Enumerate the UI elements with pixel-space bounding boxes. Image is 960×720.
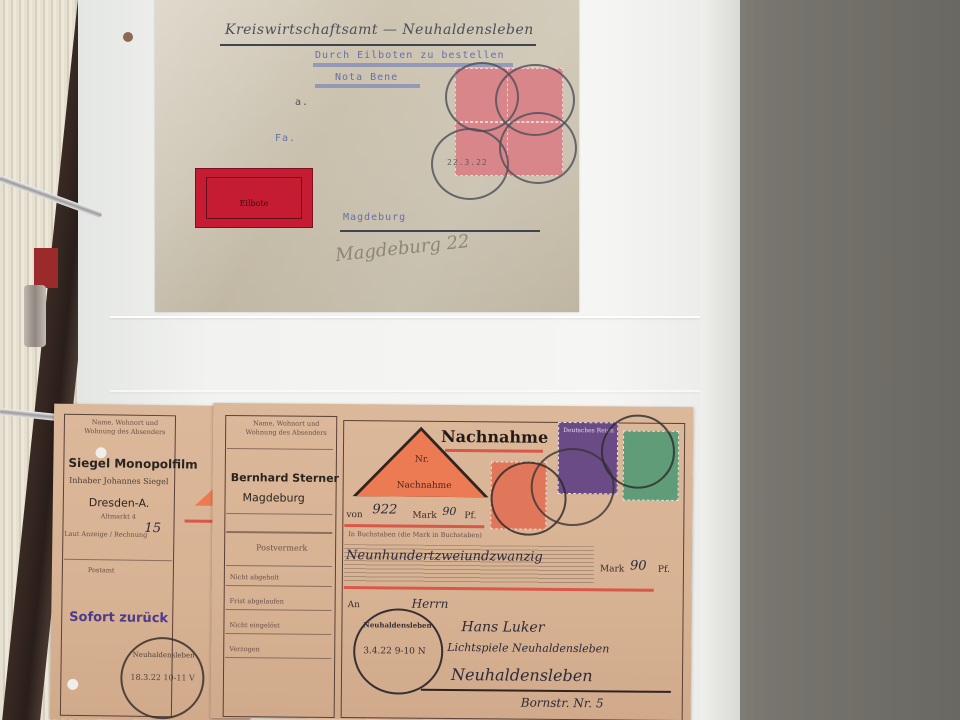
- amount-words-label: In Buchstaben (die Mark in Buchstaben): [348, 530, 482, 539]
- amount-mark-label: Mark: [600, 564, 624, 574]
- registration-label: Eilbote: [195, 168, 313, 228]
- side-field-label: Nicht eingelöst: [229, 621, 279, 629]
- pf-value: 90: [442, 505, 456, 518]
- sleeve-divider: [110, 390, 700, 392]
- sender-city: Dresden-A.: [89, 496, 150, 510]
- recipient-street: Bornstr. Nr. 5: [521, 696, 604, 711]
- sender-name: Bernhard Sterner: [231, 471, 339, 485]
- postmark: [601, 414, 676, 489]
- binder-red-tab: [34, 248, 58, 288]
- sender-name: Siegel Monopolfilm: [68, 456, 198, 472]
- postal-note: Postamt: [88, 566, 115, 574]
- addressee-prefix: Fa.: [275, 133, 296, 144]
- mark-label: Mark: [412, 511, 436, 521]
- postmark: [499, 112, 577, 184]
- sender-street: Altmarkt 4: [101, 512, 136, 520]
- von-value: 922: [372, 502, 397, 517]
- amount-words: Neunhundertzweiundzwanzig: [346, 548, 543, 565]
- page-edge: [700, 0, 740, 720]
- sender-city: Magdeburg: [243, 491, 305, 505]
- postmark: Neuhaldensleben 18.3.22 10-11 V: [120, 637, 205, 720]
- label-text: Eilbote: [196, 199, 312, 208]
- typed-line-1: Durch Eilboten zu bestellen: [315, 50, 505, 61]
- envelope-sender: Kreiswirtschaftsamt — Neuhaldensleben: [225, 22, 534, 38]
- ref-value: 15: [144, 521, 161, 536]
- recipient-title: Herrn: [412, 597, 449, 611]
- addressee-prefix-small: a.: [295, 97, 309, 108]
- binder-clip: [24, 285, 46, 347]
- side-field-label: Postvermerk: [256, 543, 307, 552]
- typed-underline: [315, 84, 420, 88]
- parcel-card-nachnahme: Name, Wohnort und Wohnung des Absenders …: [211, 403, 694, 720]
- nachnahme-title: Nachnahme: [441, 427, 548, 447]
- registered-envelope: Kreiswirtschaftsamt — Neuhaldensleben Du…: [155, 0, 579, 312]
- sender-underline: [220, 44, 536, 46]
- sender-header: Name, Wohnort und Wohnung des Absenders: [80, 418, 170, 437]
- postmark-city: Neuhaldensleben: [363, 620, 431, 630]
- side-field-label: Nicht abgeholt: [230, 573, 279, 581]
- sender-owner: Inhaber Johannes Siegel: [69, 476, 168, 486]
- postmark-date: 22.3.22: [447, 158, 488, 167]
- typed-line-2: Nota Bene: [335, 72, 398, 83]
- side-field-label: Frist abgelaufen: [230, 597, 284, 605]
- recipient-city: Neuhaldensleben: [451, 665, 593, 685]
- ref-label: Laut Anzeige / Rechnung: [64, 530, 147, 539]
- triangle-nr: Nr.: [415, 455, 429, 465]
- amount-pf-value: 90: [630, 559, 647, 574]
- recipient-name: Hans Luker: [461, 619, 544, 636]
- label-frame: [206, 177, 302, 219]
- destination-underline: [340, 230, 540, 232]
- postmark: 22.3.22: [431, 128, 509, 200]
- amount-pf-label: Pf.: [658, 565, 670, 575]
- sender-header: Name, Wohnort und Wohnung des Absenders: [241, 419, 331, 438]
- postmark-date: 18.3.22 10-11 V: [130, 673, 195, 683]
- postmark-city: Neuhaldensleben: [133, 651, 195, 660]
- punch-hole: [123, 32, 133, 42]
- punch-hole: [67, 679, 78, 690]
- side-field-label: Verzogen: [229, 645, 260, 653]
- pf-label: Pf.: [464, 511, 476, 521]
- postmark: Neuhaldensleben 3.4.22 9-10 N: [353, 608, 444, 695]
- instruction-stamp: Sofort zurück: [69, 610, 168, 626]
- an-label: An: [348, 600, 360, 610]
- sleeve-divider: [110, 316, 700, 318]
- recipient-line2: Lichtspiele Neuhaldensleben: [447, 641, 609, 655]
- triangle-nachnahme: Nachnahme: [397, 481, 452, 491]
- postmark-date: 3.4.22 9-10 N: [363, 646, 426, 657]
- von-label: von: [346, 510, 362, 520]
- destination-city: Magdeburg: [343, 212, 406, 223]
